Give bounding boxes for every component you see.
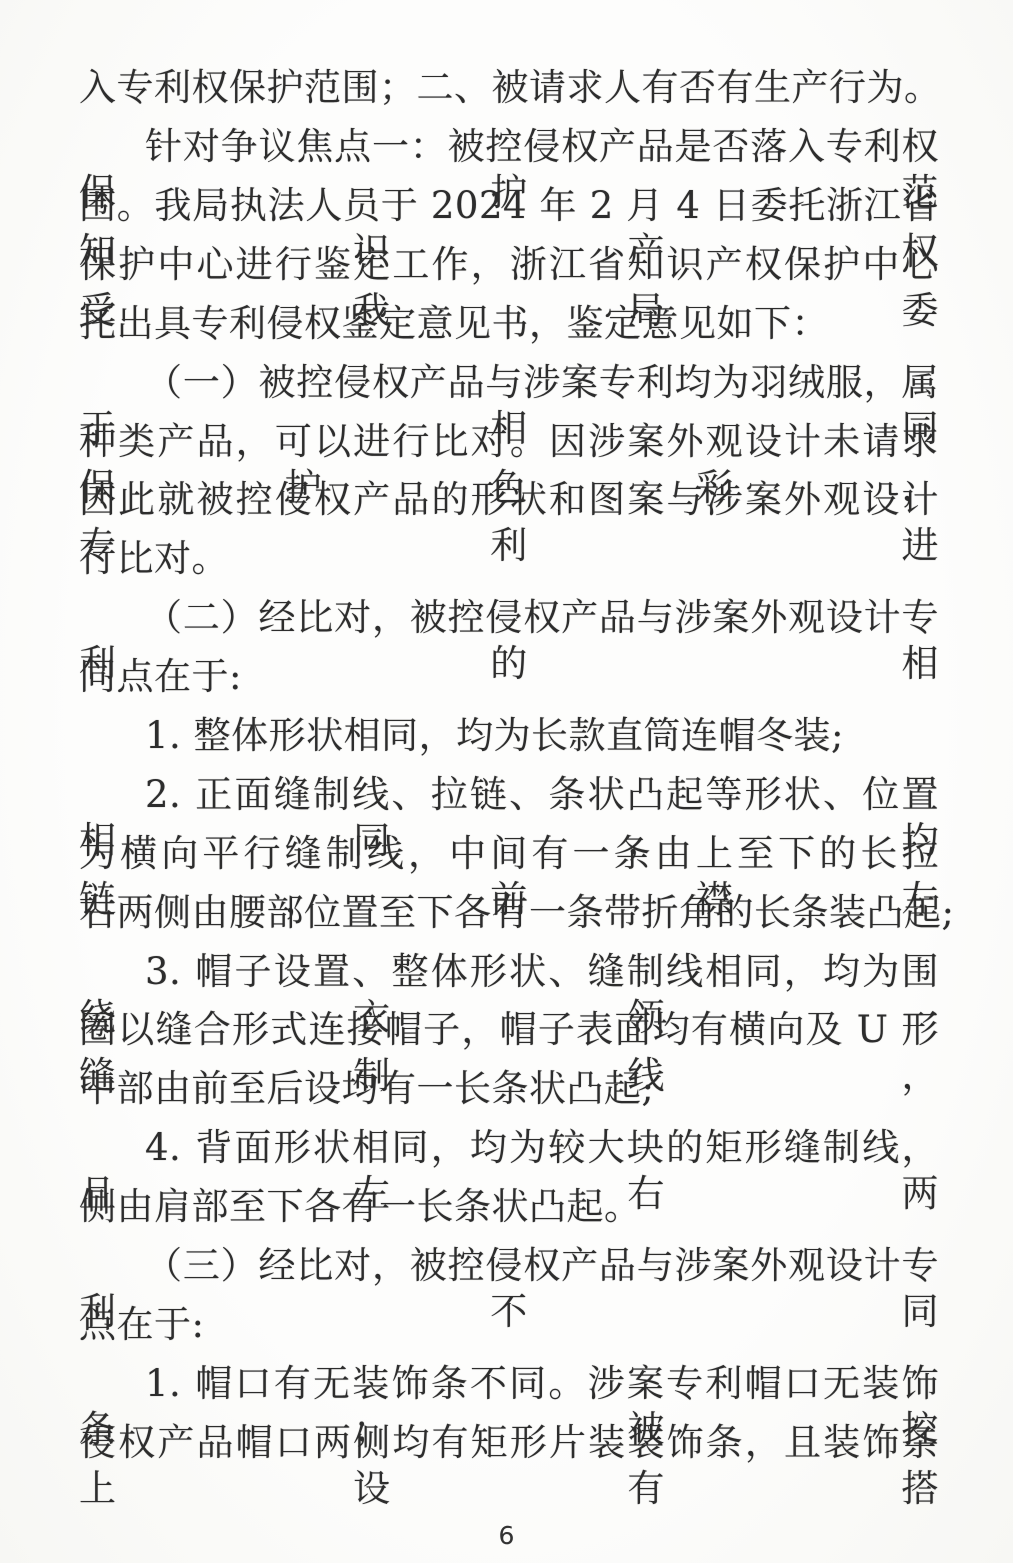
text-line-17: 圈以缝合形式连接帽子，帽子表面均有横向及 U 形缝制线， <box>79 1007 939 1057</box>
text-line-24: 侵权产品帽口两侧均有矩形片装装饰条，且装饰条上设有搭 <box>79 1420 939 1470</box>
page-number: 6 <box>0 1521 1013 1551</box>
text-line-12: 1. 整体形状相同，均为长款直筒连帽冬装; <box>79 713 939 763</box>
text-line-09: 行比对。 <box>79 536 939 586</box>
document-page: 入专利权保护范围；二、被请求人有否有生产行为。 针对争议焦点一：被控侵权产品是否… <box>0 0 1013 1563</box>
text-line-23: 1. 帽口有无装饰条不同。涉案专利帽口无装饰条；被控 <box>79 1361 939 1411</box>
text-line-02: 针对争议焦点一：被控侵权产品是否落入专利权保护范 <box>79 124 939 174</box>
text-line-18: 中部由前至后设均有一长条状凸起; <box>79 1066 939 1116</box>
text-line-16: 3. 帽子设置、整体形状、缝制线相同，均为围绕衣领一 <box>79 949 939 999</box>
text-line-05: 托出具专利侵权鉴定意见书，鉴定意见如下： <box>79 301 939 351</box>
text-line-13: 2. 正面缝制线、拉链、条状凸起等形状、位置相同，均 <box>79 772 939 822</box>
text-line-19: 4. 背面形状相同，均为较大块的矩形缝制线，且左右两 <box>79 1125 939 1175</box>
text-line-07: 种类产品，可以进行比对。因涉案外观设计未请求保护色彩， <box>79 419 939 469</box>
text-line-20: 侧由肩部至下各有一长条状凸起。 <box>79 1184 939 1234</box>
text-line-21: （三）经比对，被控侵权产品与涉案外观设计专利不同 <box>79 1243 939 1293</box>
text-line-08: 因此就被控侵权产品的形状和图案与涉案外观设计专利进 <box>79 477 939 527</box>
text-line-10: （二）经比对，被控侵权产品与涉案外观设计专利的相 <box>79 595 939 645</box>
text-line-03: 围。我局执法人员于 2024 年 2 月 4 日委托浙江省知识产权 <box>79 183 939 233</box>
text-line-01: 入专利权保护范围；二、被请求人有否有生产行为。 <box>79 65 939 115</box>
text-line-04: 保护中心进行鉴定工作，浙江省知识产权保护中心受我局委 <box>79 242 939 292</box>
text-line-22: 点在于: <box>79 1302 939 1352</box>
text-line-14: 为横向平行缝制线，中间有一条由上至下的长拉链，前襟左 <box>79 831 939 881</box>
text-line-15: 右两侧由腰部位置至下各有一条带折角的长条装凸起; <box>79 890 939 940</box>
text-line-11: 同点在于: <box>79 654 939 704</box>
text-line-06: （一）被控侵权产品与涉案专利均为羽绒服，属于相同 <box>79 360 939 410</box>
